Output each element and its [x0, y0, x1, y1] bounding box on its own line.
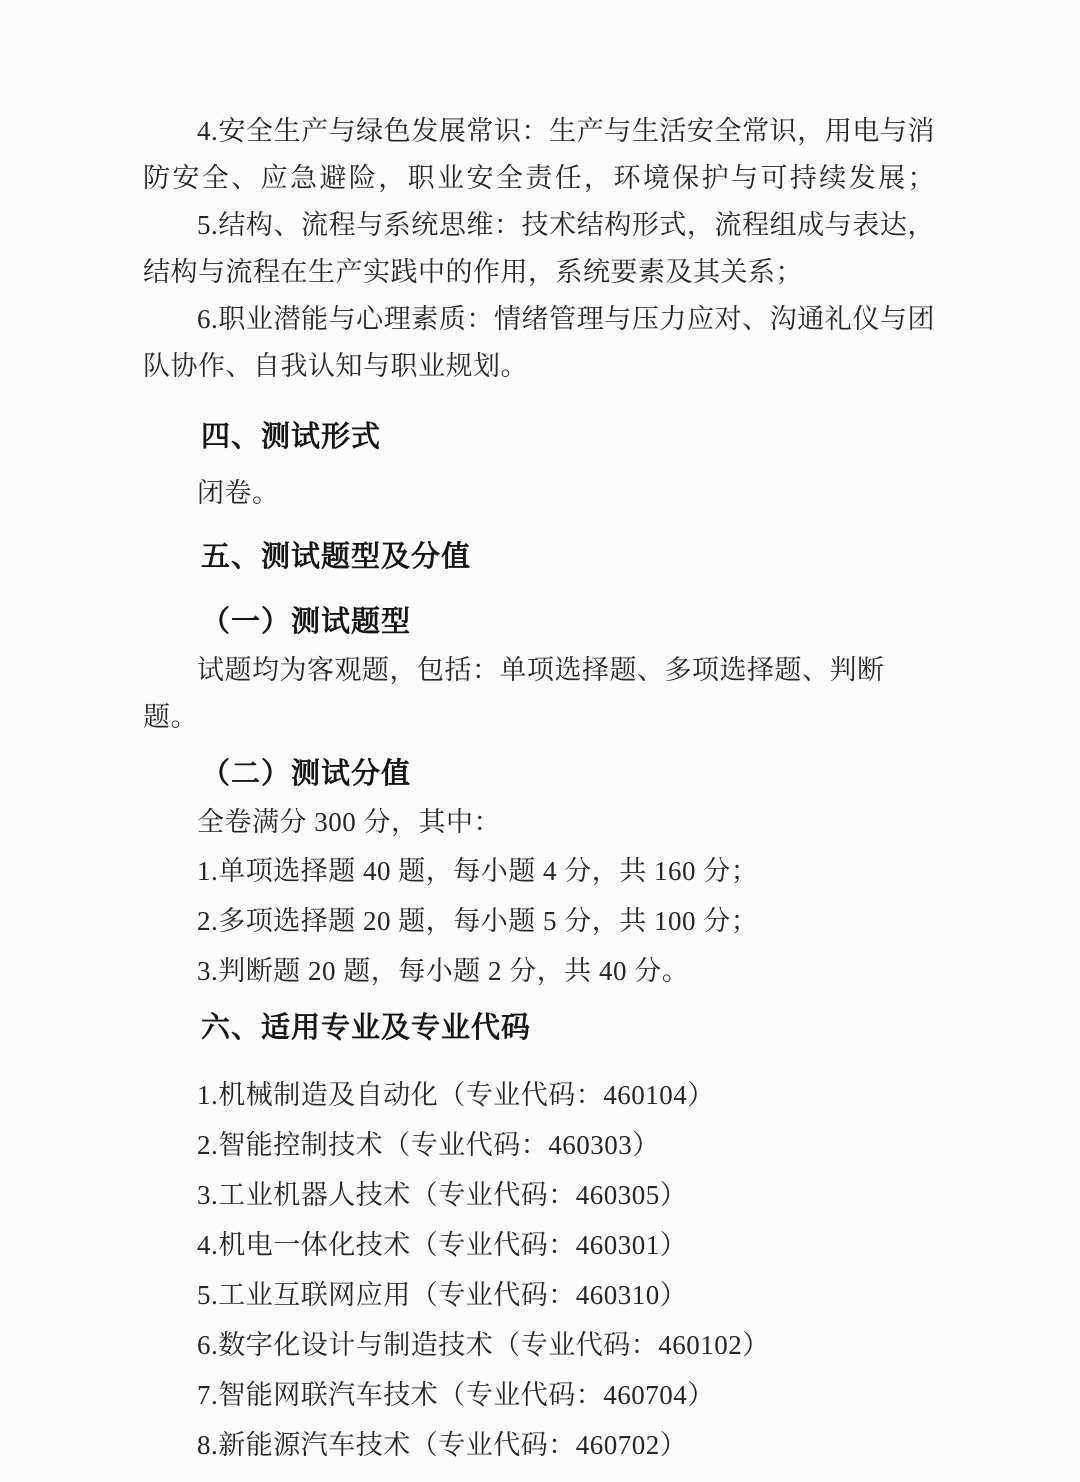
text-line: 防安全、应急避险，职业安全责任，环境保护与可持续发展； [143, 155, 935, 202]
section-four-heading: 四、测试形式 [143, 412, 935, 462]
knowledge-point-5: 5.结构、流程与系统思维：技术结构形式，流程组成与表达， 结构与流程在生产实践中… [143, 202, 935, 296]
score-item: 1.单项选择题 40 题，每小题 4 分，共 160 分； [143, 846, 935, 896]
knowledge-point-6: 6.职业潜能与心理素质：情绪管理与压力应对、沟通礼仪与团 队协作、自我认知与职业… [143, 296, 935, 390]
section-six-heading: 六、适用专业及专业代码 [143, 1003, 935, 1053]
knowledge-point-4: 4.安全生产与绿色发展常识：生产与生活安全常识，用电与消 防安全、应急避险，职业… [143, 108, 935, 202]
question-types-text: 试题均为客观题，包括：单项选择题、多项选择题、判断题。 [143, 647, 935, 741]
major-item: 3.工业机器人技术（专业代码：460305） [143, 1170, 935, 1220]
score-item: 2.多项选择题 20 题，每小题 5 分，共 100 分； [143, 896, 935, 946]
text-line: 队协作、自我认知与职业规划。 [143, 343, 935, 390]
major-item: 6.数字化设计与制造技术（专业代码：460102） [143, 1320, 935, 1370]
major-item: 8.新能源汽车技术（专业代码：460702） [143, 1420, 935, 1470]
text-line: 结构与流程在生产实践中的作用，系统要素及其关系； [143, 249, 935, 296]
major-item: 7.智能网联汽车技术（专业代码：460704） [143, 1370, 935, 1420]
subsection-two-heading: （二）测试分值 [143, 749, 935, 799]
total-score-text: 全卷满分 300 分，其中： [143, 799, 935, 846]
score-item: 3.判断题 20 题，每小题 2 分，共 40 分。 [143, 946, 935, 996]
closed-book-text: 闭卷。 [143, 470, 935, 517]
document-page: 4.安全生产与绿色发展常识：生产与生活安全常识，用电与消 防安全、应急避险，职业… [0, 0, 1080, 1482]
major-item: 1.机械制造及自动化（专业代码：460104） [143, 1070, 935, 1120]
major-item: 5.工业互联网应用（专业代码：460310） [143, 1270, 935, 1320]
major-item: 4.机电一体化技术（专业代码：460301） [143, 1220, 935, 1270]
text-line: 4.安全生产与绿色发展常识：生产与生活安全常识，用电与消 [143, 108, 935, 155]
text-line: 5.结构、流程与系统思维：技术结构形式，流程组成与表达， [143, 202, 935, 249]
majors-list: 1.机械制造及自动化（专业代码：460104） 2.智能控制技术（专业代码：46… [143, 1070, 935, 1470]
text-line: 6.职业潜能与心理素质：情绪管理与压力应对、沟通礼仪与团 [143, 296, 935, 343]
major-item: 2.智能控制技术（专业代码：460303） [143, 1120, 935, 1170]
section-five-heading: 五、测试题型及分值 [143, 532, 935, 582]
score-items-list: 1.单项选择题 40 题，每小题 4 分，共 160 分； 2.多项选择题 20… [143, 846, 935, 996]
subsection-one-heading: （一）测试题型 [143, 597, 935, 647]
